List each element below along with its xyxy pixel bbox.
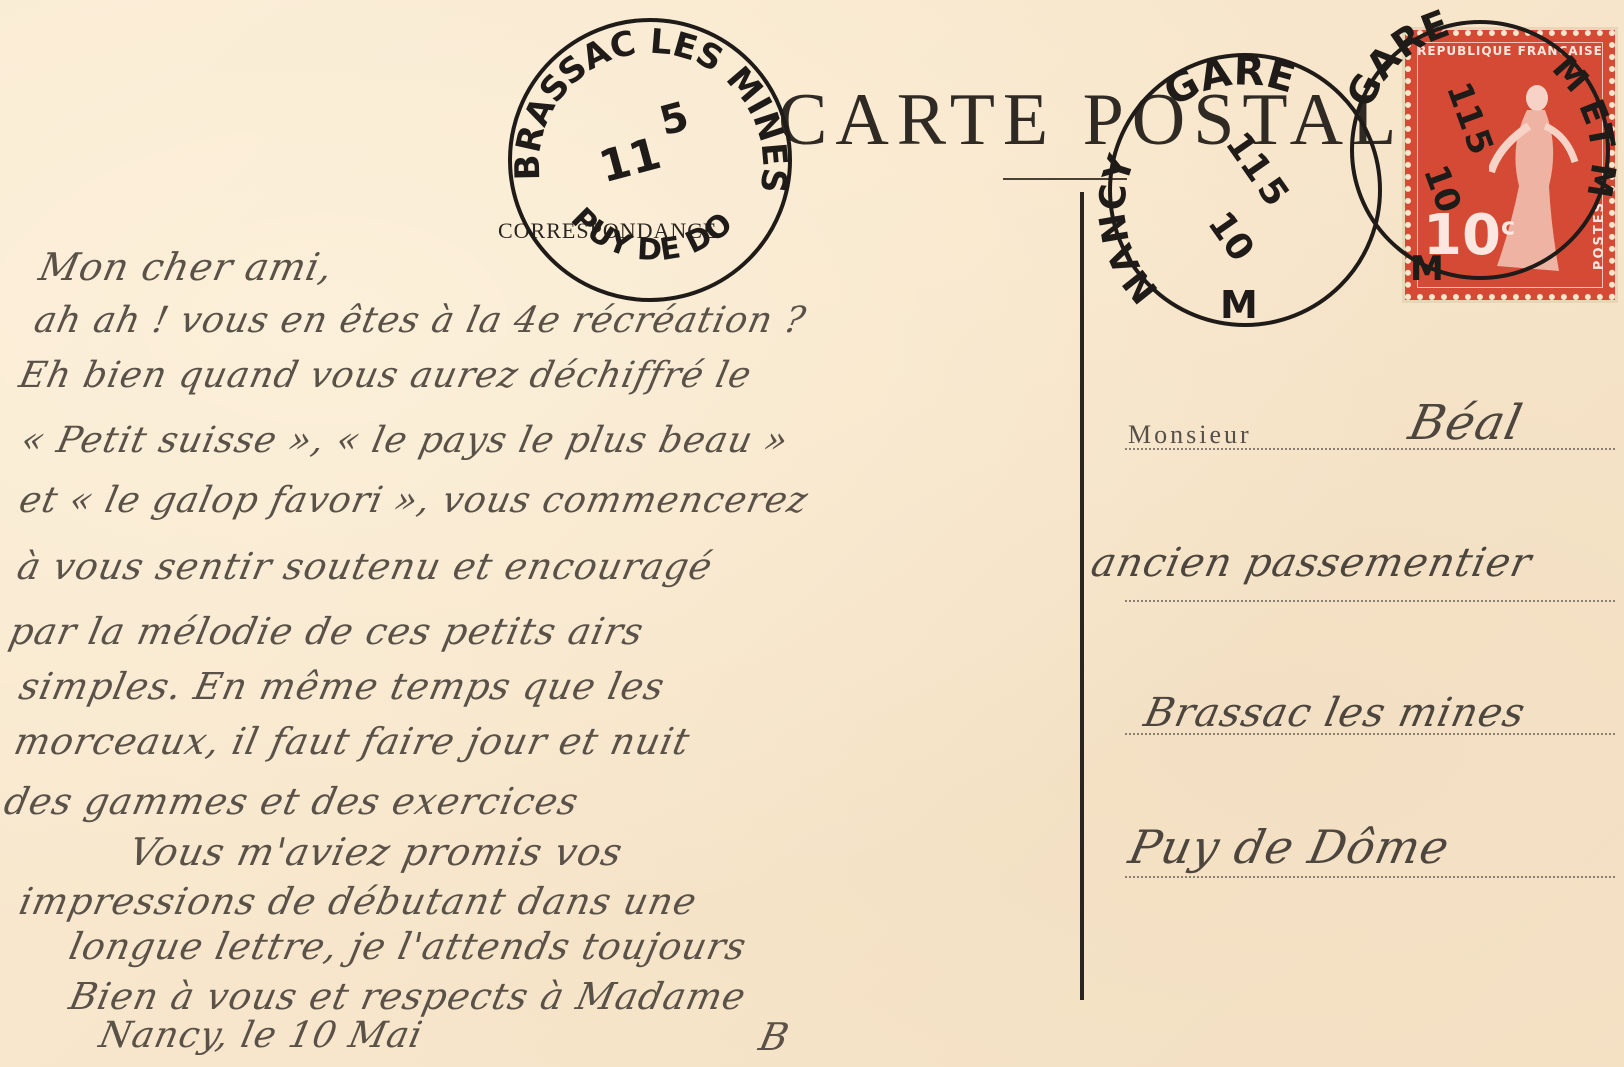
postmark-ring-top: GARE — [1157, 48, 1301, 115]
postmark-day: 11 — [594, 128, 666, 193]
postmark-ring-top: GARE — [1338, 1, 1455, 114]
address-line-town: Brassac les mines — [1140, 690, 1530, 736]
message-line: simples. En même temps que les — [15, 665, 668, 708]
signature: B — [755, 1015, 793, 1059]
postmark-stamp-cancel: GARE M ET M 11 5 10 M — [1330, 10, 1620, 300]
message-line: et « le galop favori », vous commencerez — [16, 480, 812, 521]
message-line: Nancy, le 10 Mai — [96, 1015, 427, 1056]
svg-text:M ET M: M ET M — [1544, 49, 1623, 201]
postmark-brassac: BRASSAC LES MINES PUY DE DOME 11 5 — [500, 10, 800, 310]
postmark-year: 10 — [1415, 160, 1469, 218]
message-line: à vous sentir soutenu et encouragé — [13, 545, 716, 588]
message-line: longue lettre, je l'attends toujours — [65, 925, 750, 968]
message-line: ah ah ! vous en êtes à la 4e récréation … — [31, 300, 810, 341]
postmark-footer: M — [1220, 283, 1258, 327]
address-dotted-line — [1125, 733, 1615, 735]
postmark-footer: M — [1410, 249, 1444, 289]
postmark-ring-side: NANCY — [1092, 149, 1166, 310]
address-line-occupation: ancien passementier — [1087, 540, 1536, 586]
svg-text:GARE: GARE — [1157, 48, 1301, 115]
postmark-ring-side: M ET M — [1544, 49, 1623, 201]
message-line: Eh bien quand vous aurez déchiffré le — [16, 355, 756, 396]
message-line: par la mélodie de ces petits airs — [5, 610, 647, 653]
address-salutation: Monsieur — [1128, 420, 1252, 450]
message-line: Bien à vous et respects à Madame — [65, 975, 750, 1018]
postmark-month: 5 — [655, 94, 694, 146]
svg-text:GARE: GARE — [1338, 1, 1455, 114]
postmark-circle-icon: GARE M ET M 11 5 10 M — [1330, 10, 1620, 300]
postmark-circle-icon: BRASSAC LES MINES PUY DE DOME 11 5 — [500, 10, 800, 310]
address-dotted-line — [1125, 600, 1615, 602]
message-line: impressions de débutant dans une — [15, 880, 701, 923]
address-line-department: Puy de Dôme — [1124, 820, 1454, 874]
postmark-year: 10 — [1200, 204, 1262, 269]
center-divider — [1080, 192, 1084, 1000]
address-line-name: Béal — [1404, 395, 1528, 451]
address-dotted-line — [1125, 876, 1615, 878]
message-line: Vous m'aviez promis vos — [125, 830, 627, 874]
message-line: « Petit suisse », « le pays le plus beau… — [18, 420, 793, 461]
postcard-back: CARTE POSTALE CORRESPONDANCE BRASSAC LES… — [0, 0, 1624, 1067]
address-dotted-line — [1125, 448, 1615, 450]
message-line: des gammes et des exercices — [0, 780, 582, 823]
message-line: Mon cher ami, — [35, 245, 337, 289]
message-line: morceaux, il faut faire jour et nuit — [10, 720, 694, 763]
svg-text:NANCY: NANCY — [1092, 149, 1166, 310]
